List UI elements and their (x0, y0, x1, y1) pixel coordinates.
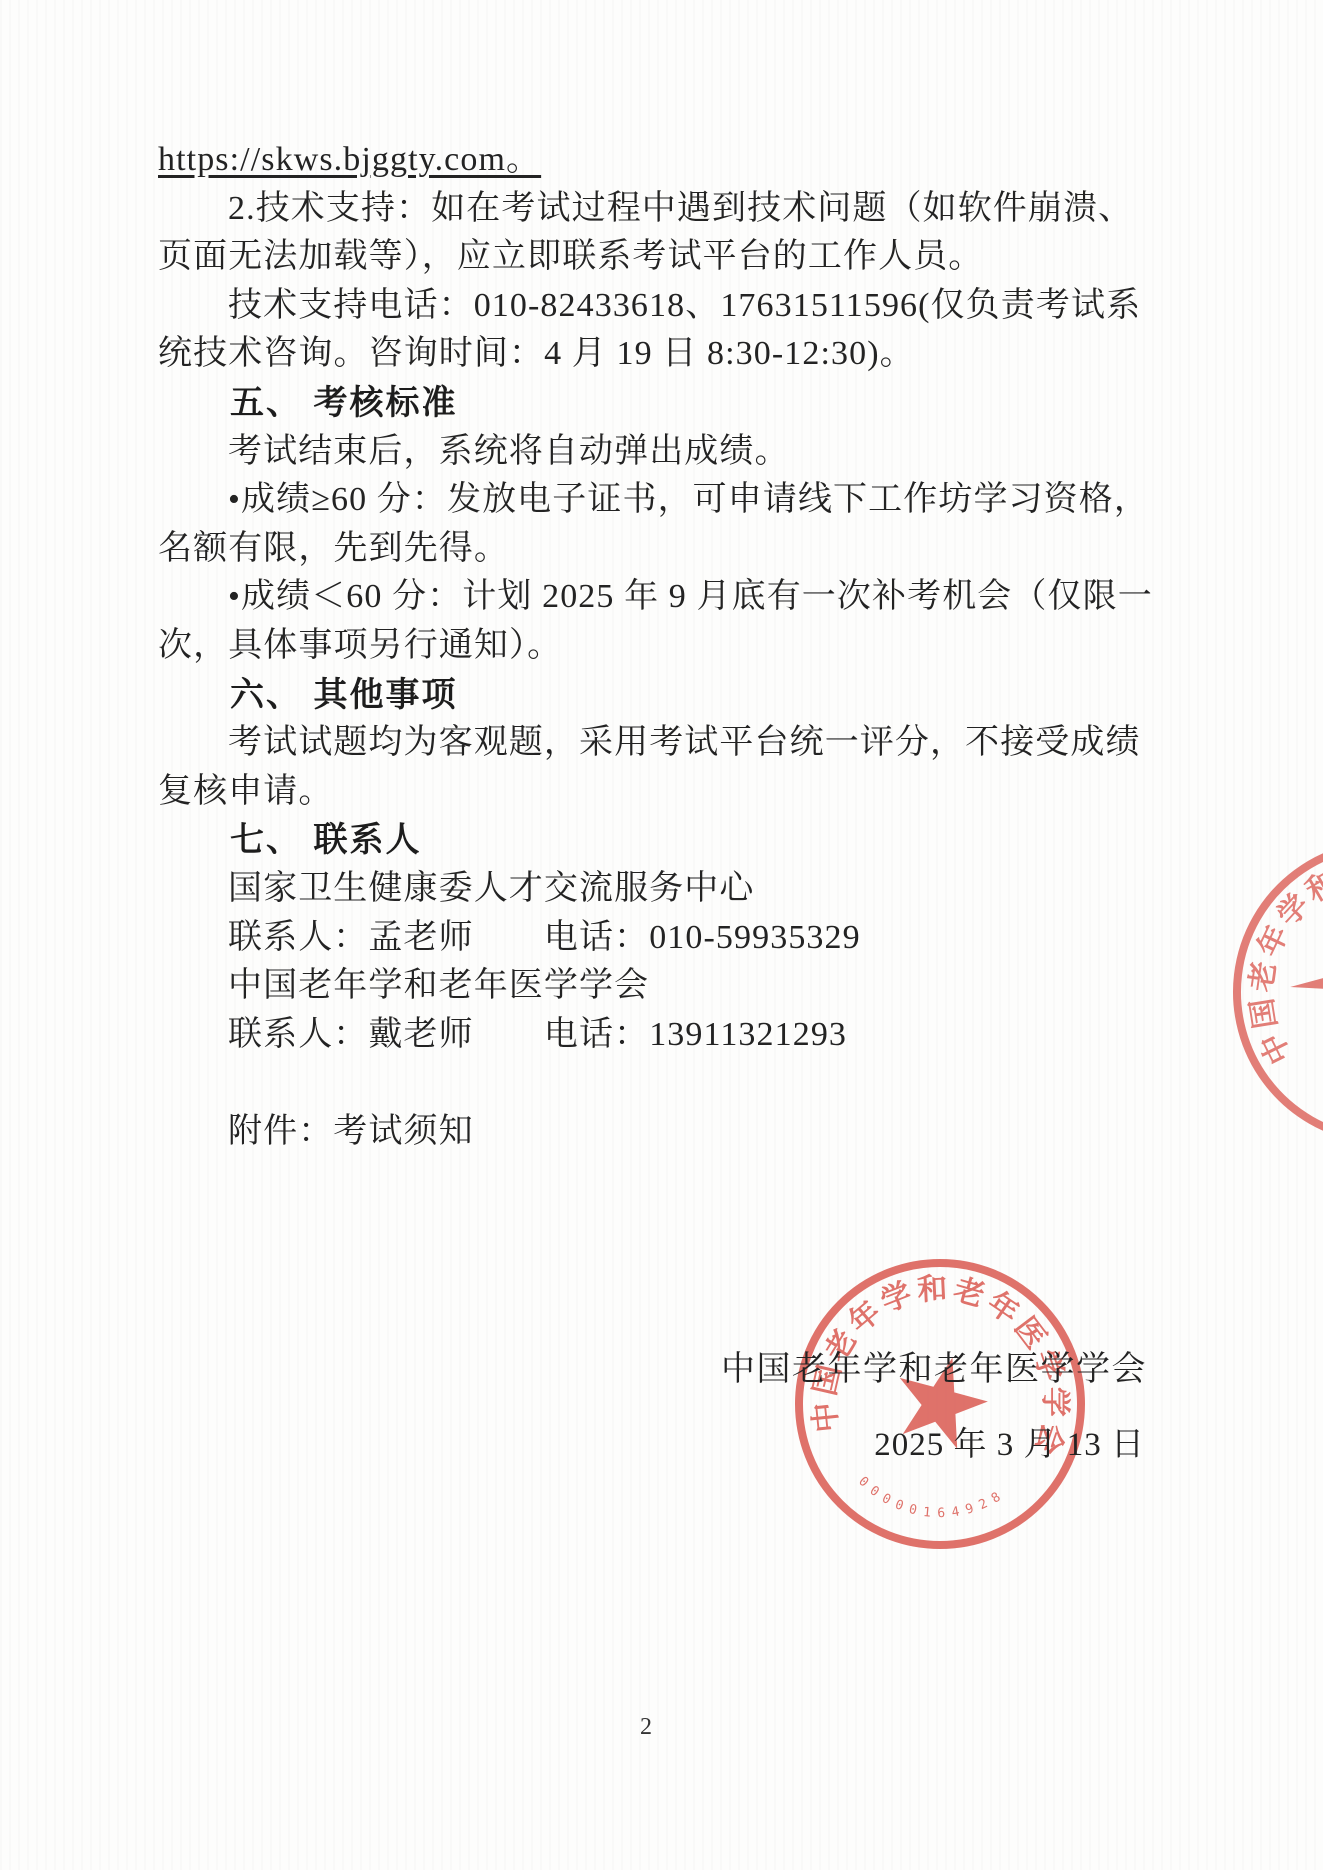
text-line: 联系人：戴老师 电话：13911321293 (158, 1011, 1158, 1060)
text-line: 国家卫生健康委人才交流服务中心 (158, 865, 1158, 914)
section-heading: 七、 联系人 (158, 816, 1158, 865)
text-line: 统技术咨询。咨询时间：4 月 19 日 8:30-12:30)。 (158, 330, 1158, 379)
text-line: 复核申请。 (158, 768, 1158, 817)
text-line: 次，具体事项另行通知）。 (158, 622, 1158, 671)
section-heading: 六、 其他事项 (158, 671, 1158, 720)
text-line: 2.技术支持：如在考试过程中遇到技术问题（如软件崩溃、 (158, 185, 1158, 234)
seal-serial: 00000164928 (853, 1473, 1011, 1527)
exam-platform-url[interactable]: https://skws.bjggty.com (158, 141, 506, 178)
text-line: •成绩≥60 分：发放电子证书，可申请线下工作坊学习资格， (158, 476, 1158, 525)
text-line: 附件：考试须知 (158, 1108, 1158, 1157)
text-line: 联系人：孟老师 电话：010-59935329 (158, 914, 1158, 963)
text-line: 考试结束后，系统将自动弹出成绩。 (158, 428, 1158, 477)
document-page: https://skws.bjggty.com。2.技术支持：如在考试过程中遇到… (0, 0, 1323, 1870)
text-line: 中国老年学和老年医学学会 (158, 962, 1158, 1011)
section-heading: 五、 考核标准 (158, 379, 1158, 428)
signature-org: 中国老年学和老年医学学会 (721, 1341, 1147, 1390)
text-line: 技术支持电话：010-82433618、17631511596(仅负责考试系 (158, 282, 1158, 331)
document-body: https://skws.bjggty.com。2.技术支持：如在考试过程中遇到… (158, 136, 1158, 1156)
text-line: 考试试题均为客观题，采用考试平台统一评分，不接受成绩 (158, 719, 1158, 768)
text-line: •成绩＜60 分：计划 2025 年 9 月底有一次补考机会（仅限一 (158, 573, 1158, 622)
page-number: 2 (640, 1714, 652, 1741)
text-line: https://skws.bjggty.com。 (158, 136, 1158, 185)
text-line (158, 1059, 1158, 1108)
signature-date: 2025 年 3 月 13 日 (874, 1418, 1145, 1465)
text-line: 名额有限，先到先得。 (158, 525, 1158, 574)
text-line: 页面无法加载等），应立即联系考试平台的工作人员。 (158, 233, 1158, 282)
official-seal: 中国老年学和老年医学学会 00000164928 (790, 1254, 1090, 1554)
official-seal-partial: 中国老年学和老年医学学会 00000164928 (1232, 830, 1323, 1162)
